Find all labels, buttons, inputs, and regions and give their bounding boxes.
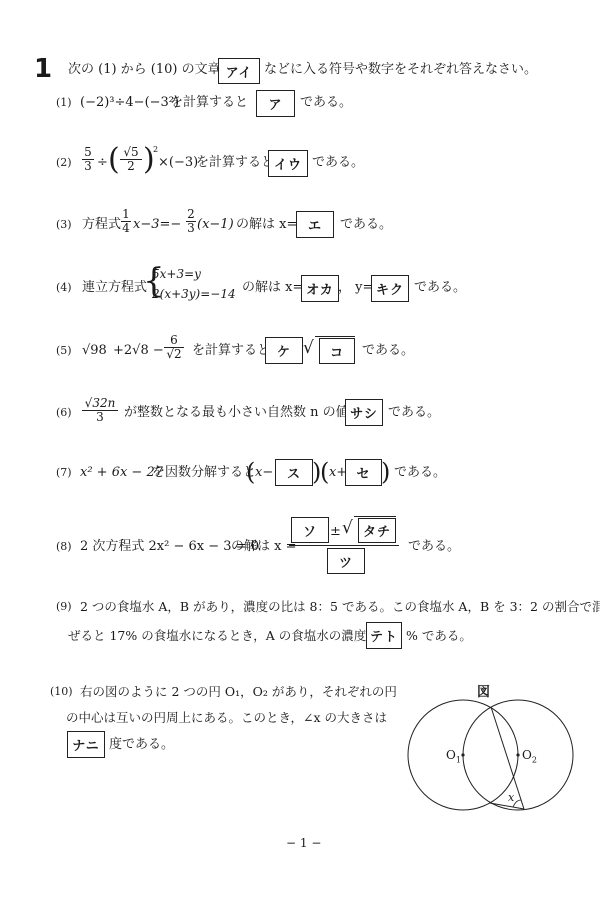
answer-box-teto[interactable]: テト [366,622,402,649]
problem-5-fraction: 6 √2 [164,334,184,361]
answer-box-iu[interactable]: イウ [268,150,308,177]
problem-6-fraction: √32n 3 [82,397,118,424]
problem-4-equation-1: 5x+3=y [152,266,201,282]
problem-5-plus-term: +2√8 − [113,343,164,359]
problem-3-mid: x−3=− [133,217,181,233]
answer-box-tachi[interactable]: タチ [358,518,396,543]
page-number: − 1 − [286,836,321,850]
problem-8-plus-minus: ± [330,524,341,540]
problem-2-left-paren: ( [108,145,120,175]
problem-3-number: (3) [56,218,72,231]
problem-3-text: の解は x= [236,217,297,233]
problem-9-end: % である。 [406,628,472,644]
problem-8-sqrt-sign: √ [342,520,353,536]
answer-box-ko[interactable]: コ [319,338,355,364]
problem-1-number: (1) [56,96,72,109]
answer-box-a[interactable]: ア [256,90,295,117]
problem-4-text-x: の解は x= [242,280,303,296]
problem-3-fraction-1: 1 4 [121,208,131,235]
problem-10-line-1: 右の図のように 2 つの円 O₁，O₂ があり，それぞれの円 [80,684,397,700]
chord-bottom-to-point [490,803,524,809]
problem-5-end: である。 [362,343,414,359]
two-circles-figure [400,690,590,820]
problem-7-paren-close-2: ) [381,457,390,487]
problem-10-line-2: の中心は互いの円周上にある。このとき，∠x の大きさは [66,710,387,726]
problem-4-text-y: ， y= [338,280,373,296]
answer-box-su[interactable]: ス [275,459,313,486]
label-o1: O1 [446,748,461,762]
answer-box-ai-example: アイ [218,58,260,84]
problem-6-end: である。 [388,405,440,421]
answer-box-ke[interactable]: ケ [265,337,303,364]
problem-9-number: (9) [56,600,72,613]
problem-6-text: が整数となる最も小さい自然数 n の値は [124,405,362,421]
answer-box-se[interactable]: セ [345,459,382,486]
problem-2-rest: ×(−3) [158,155,198,171]
problem-4-end: である。 [414,280,466,296]
problem-8-end: である。 [408,539,460,555]
problem-3-rest: (x−1) [197,217,234,233]
problem-6-number: (6) [56,406,72,419]
problem-5-sqrt98: √98 [82,343,107,359]
problem-2-fraction-2: √5 2 [120,146,142,173]
answer-box-nani[interactable]: ナニ [67,731,105,758]
problem-8-text: の解は x = [231,539,297,555]
center-dot-o2 [516,753,519,756]
problem-2-end: である。 [312,155,364,171]
problem-5-sqrt-sign: √ [303,340,314,356]
problem-4-number: (4) [56,281,72,294]
instruction-after: などに入る符号や数字をそれぞれ答えなさい。 [264,62,537,78]
answer-box-tsu[interactable]: ツ [327,548,365,574]
problem-2-text: を計算すると [196,155,274,171]
answer-box-sashi[interactable]: サシ [345,399,383,426]
problem-2-divide: ÷ [97,155,108,171]
problem-3-fraction-2: 2 3 [186,208,196,235]
problem-9-line-2: ぜると 17% の食塩水になるとき，A の食塩水の濃度は [68,628,379,644]
problem-1-end: である。 [300,95,352,111]
answer-box-oka[interactable]: オカ [301,275,339,302]
problem-7-paren-open-1: ( [246,457,255,487]
problem-4-prefix: 連立方程式 [82,280,147,296]
problem-2-fraction-1: 5 3 [82,146,94,173]
problem-7-paren-open-2: ( [320,457,329,487]
problem-2-power: 2 [153,145,158,154]
problem-9-line-1: 2 つの食塩水 A，B があり，濃度の比は 8：5 である。この食塩水 A，B … [80,599,600,615]
problem-7-end: である。 [394,465,446,481]
answer-box-e[interactable]: エ [296,211,334,238]
problem-8-fraction-bar [289,545,399,546]
problem-10-number: (10) [50,685,73,698]
problem-1-text: を計算すると [170,95,248,111]
problem-3-end: である。 [340,217,392,233]
problem-5-sqrt-overline [315,336,355,337]
problem-2-number: (2) [56,156,72,169]
answer-box-kiku[interactable]: キク [371,275,409,302]
problem-7-text: を因数分解すると [152,465,256,481]
problem-8-sqrt-overline [354,516,396,517]
question-number: 1 [34,54,52,84]
problem-5-number: (5) [56,344,72,357]
problem-7-factor-1: x− [255,465,273,481]
answer-box-so[interactable]: ソ [291,517,329,543]
problem-1-expression: (−2)³÷4−(−3²) [80,95,179,111]
problem-7-number: (7) [56,466,72,479]
label-o2: O2 [522,748,537,762]
center-dot-o1 [461,753,464,756]
problem-7-expression: x² + 6x − 27 [80,465,163,481]
problem-3-prefix: 方程式 [82,217,121,233]
problem-5-text: を計算すると [192,343,270,359]
problem-8-number: (8) [56,540,72,553]
angle-x-label: x [508,791,514,804]
problem-4-equation-2: 2(x+3y)=−14 [152,286,236,302]
problem-10-end: 度である。 [109,737,174,753]
